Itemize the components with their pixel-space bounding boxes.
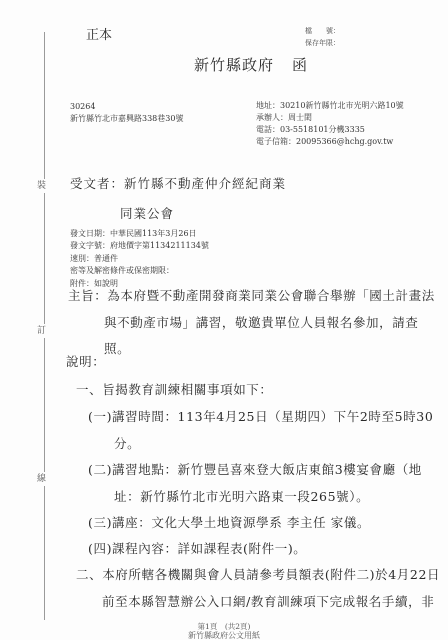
sender-info: 地址：30210新竹縣竹北市光明六路10號 承辦人：周士閎 電話：03-5518… [256, 100, 404, 148]
sender-contact: 承辦人：周士閎 [256, 112, 404, 124]
sender-address: 地址：30210新竹縣竹北市光明六路10號 [256, 100, 404, 112]
explanation-sub-1-line-2: 分。 [114, 434, 140, 452]
explanation-sub-4: (四)課程內容：詳如課程表(附件一)。 [88, 539, 306, 557]
explanation-item-1: 一、旨揭教育訓練相關事項如下： [76, 380, 273, 398]
explanation-heading: 說明： [66, 352, 105, 370]
explanation-sub-3: (三)講座：文化大學土地資源學系 李主任 家儀。 [88, 513, 370, 531]
sender-phone: 電話：03-5518101分機3335 [256, 124, 404, 136]
explanation-sub-2-line-2: 址：新竹縣竹北市光明六路東一段265號）。 [114, 487, 369, 505]
document-fields: 發文日期：中華民國113年3月26日 發文字號：府地價字第1134211134號… [70, 228, 209, 290]
agency-name: 新竹縣政府 [194, 56, 274, 74]
binding-mark-line: 線 [37, 472, 46, 486]
subject-line-1: 主旨：為本府暨不動產開發商業同業公會聯合舉辦「國土計畫法 [68, 286, 435, 304]
speed-class: 速別：普通件 [70, 253, 209, 265]
issue-date: 發文日期：中華民國113年3月26日 [70, 228, 209, 240]
subject-line-3: 照。 [104, 339, 130, 357]
recipient-postal-code: 30264 [70, 101, 95, 113]
explanation-item-2-line-2: 前至本縣智慧辦公入口網/教育訓練項下完成報名手續，非 [102, 592, 434, 610]
recipient-line-1: 受文者：新竹縣不動產仲介經紀商業 [70, 174, 286, 192]
explanation-sub-1-line-1: (一)講習時間：113年4月25日（星期四）下午2時至5時30 [88, 407, 433, 425]
explanation-item-2-line-1: 二、本府所轄各機關與會人員請參考員額表(附件二)於4月22日 [76, 565, 440, 583]
file-number-label: 檔 號： [305, 26, 340, 37]
document-type: 函 [292, 56, 308, 74]
binding-mark-bind: 裝 [37, 179, 46, 193]
subject-line-2: 與不動產市場」講習，敬邀貴單位人員報名參加，請查 [104, 313, 418, 331]
paper-label: 新竹縣政府公文用紙 [0, 631, 448, 640]
retention-period-label: 保存年限： [305, 38, 340, 49]
recipient-line-2: 同業公會 [120, 204, 174, 222]
security-level: 密等及解密條件或保密期限： [70, 265, 209, 277]
sender-email: 電子信箱：20095366@hchg.gov.tw [256, 136, 404, 148]
recipient-address: 新竹縣竹北市嘉興路338巷30號 [70, 113, 183, 125]
binding-mark-staple: 訂 [37, 324, 46, 338]
document-title: 新竹縣政府函 [194, 54, 308, 75]
copy-type-label: 正本 [86, 24, 112, 43]
explanation-sub-2-line-1: (二)講習地點：新竹豐邑喜來登大飯店東館3樓宴會廳（地 [88, 460, 422, 478]
document-number: 發文字號：府地價字第1134211134號 [70, 240, 209, 252]
